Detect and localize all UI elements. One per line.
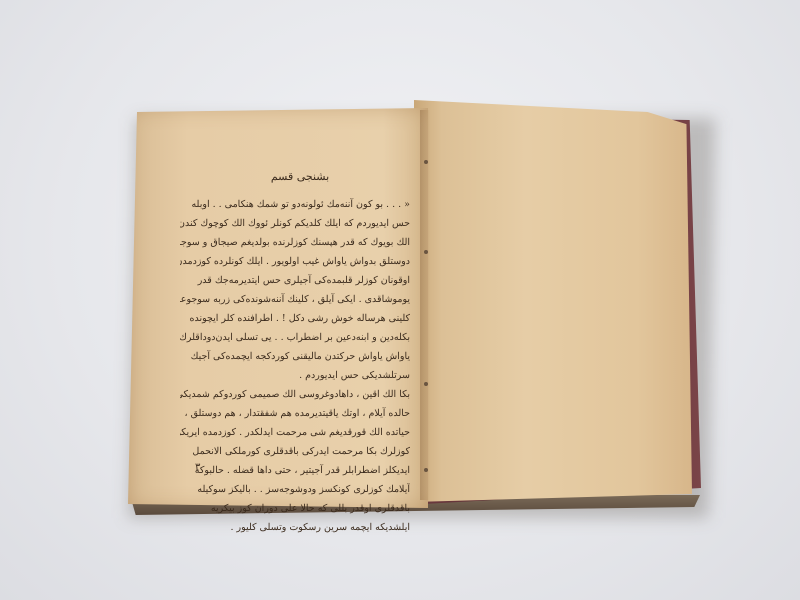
right-page-blank — [414, 100, 692, 502]
binding-stitch — [424, 250, 428, 254]
text-line: باقدقلرى اوقدر بللى كه حالا على دوران كو… — [180, 499, 410, 518]
binding-stitch — [424, 160, 428, 164]
text-line: اوقونان كوزلر قلبمده‌كى آجيلرى حس ايتدير… — [180, 271, 410, 290]
text-line: دوستلق بدواش ياواش غيب اولويور . ايلك كو… — [180, 252, 410, 271]
text-line: بكله‌دين و ابنه‌دعين بر اضطراب . . يى تس… — [180, 328, 410, 347]
text-line: « . . . بو كون آننه‌مك ئولونه‌دو تو شمك … — [180, 195, 410, 214]
chapter-heading: بشنجى قسم — [270, 170, 330, 183]
text-line: سرتلشديكى حس ايديوردم . — [180, 366, 410, 385]
text-line: ايلشديكه ايچمه سرين رسكوت وتسلى كليور . — [180, 518, 410, 537]
text-line: حالده آيلام ، اوتك ياقيتديرمده هم شفقتدا… — [180, 404, 410, 423]
text-line: ايديكلز اضطرابلر قدر آجيتير ، حتى داها ق… — [180, 461, 410, 480]
text-line: ياواش ياواش حركتدن ماليقنى كوردكجه ايچمد… — [180, 347, 410, 366]
text-line: يوموشاقدى . ايكى آيلق ، كلينك آننه‌شونده… — [180, 290, 410, 309]
binding-stitch — [424, 468, 428, 472]
text-line: حياتده الك قورقديغم شى مرحمت ايدلكدر . ك… — [180, 423, 410, 442]
text-line: الك بويوك كه قدر هپسنك كوزلرنده بولديغم … — [180, 233, 410, 252]
text-line: آيلامك كوزلرى كونكسز ودوشوجه‌سز . . بالي… — [180, 480, 410, 499]
text-line: بكا الك اقين ، داهادوغروسى الك صميمى كور… — [180, 385, 410, 404]
text-line: كوزلرك بكا مرحمت ايدركى باقدقلرى كورملكى… — [180, 442, 410, 461]
text-line: حس ايديوردم كه ايلك كلديكم كونلر ئووك ال… — [180, 214, 410, 233]
binding-stitch — [424, 382, 428, 386]
text-line: كلينى هرساله خوش رشى دكل ! . اطرافنده كل… — [180, 309, 410, 328]
page-text: « . . . بو كون آننه‌مك ئولونه‌دو تو شمك … — [180, 195, 410, 537]
page-number: ٣ — [195, 462, 200, 473]
book-gutter — [420, 110, 430, 500]
